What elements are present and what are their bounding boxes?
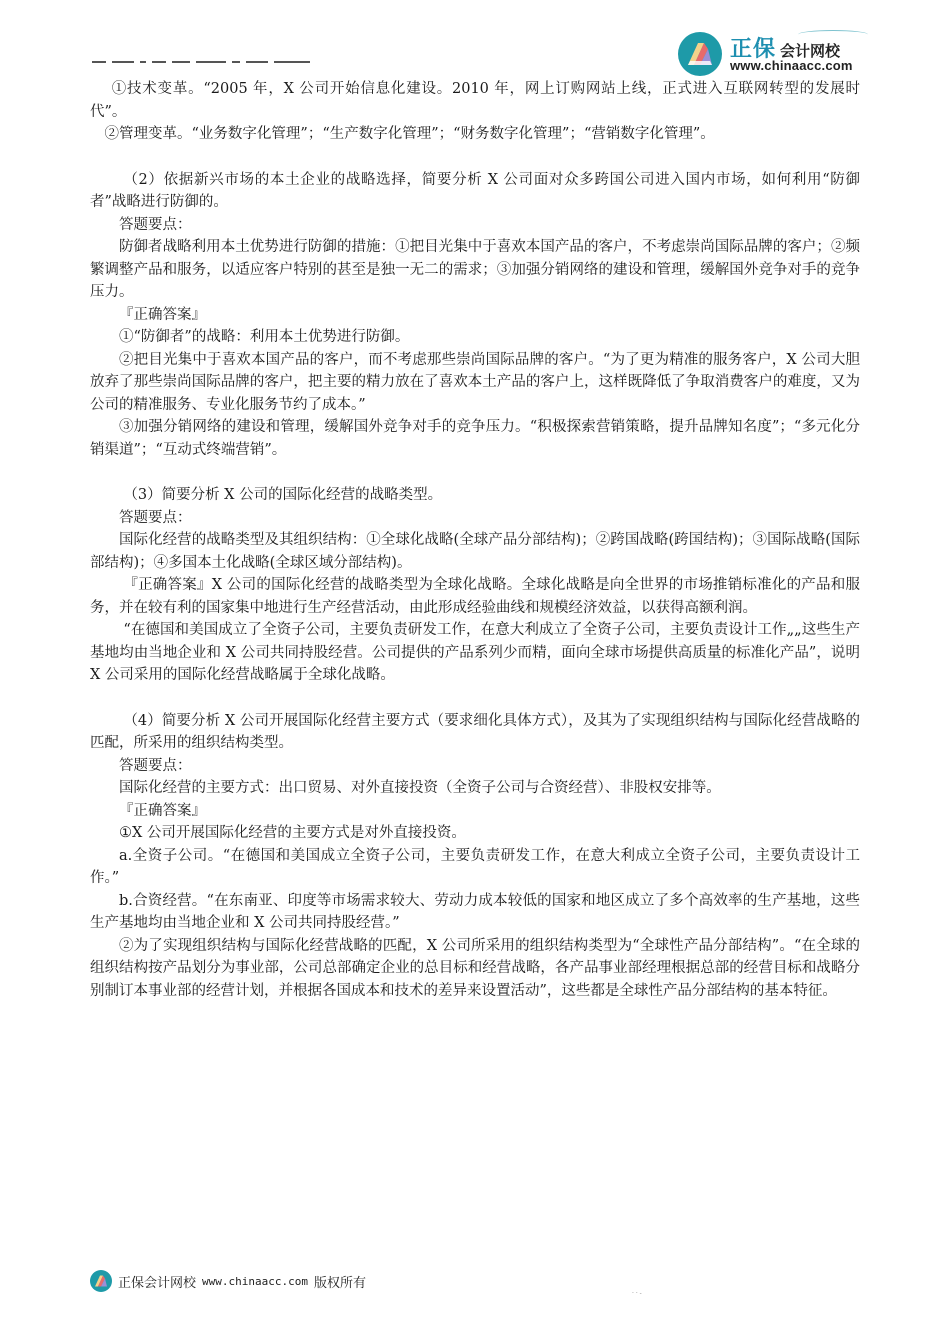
- logo-url: www.chinaacc.com: [730, 58, 853, 73]
- footer-url: www.chinaacc.com: [202, 1275, 308, 1288]
- page-footer: 正保会计网校 www.chinaacc.com 版权所有: [90, 1268, 366, 1294]
- document-body: ①技术变革。“2005 年，X 公司开始信息化建设。2010 年，网上订购网站上…: [90, 78, 860, 1002]
- q2-answer-3: ③加强分销网络的建设和管理，缓解国外竞争对手的竞争压力。“积极探索营销策略，提升…: [90, 416, 860, 461]
- q4-answer-label: 『正确答案』: [90, 800, 860, 823]
- q2-points: 防御者战略利用本土优势进行防御的措施：①把目光集中于喜欢本国产品的客户，不考虑崇…: [90, 236, 860, 304]
- chinaacc-logo: 正保会计网校 www.chinaacc.com: [678, 30, 868, 78]
- q2-points-label: 答题要点：: [90, 214, 860, 237]
- q4-points-label: 答题要点：: [90, 755, 860, 778]
- q4-points: 国际化经营的主要方式：出口贸易、对外直接投资（全资子公司与合资经营）、非股权安排…: [90, 777, 860, 800]
- paragraph-management-change: ②管理变革。“业务数字化管理”；“生产数字化管理”；“财务数字化管理”；“营销数…: [90, 123, 860, 146]
- q4-answer-a: a.全资子公司。“在德国和美国成立全资子公司，主要负责研发工作，在意大利成立全资…: [90, 845, 860, 890]
- q4-answer-b: b.合资经营。“在东南亚、印度等市场需求较大、劳动力成本较低的国家和地区成立了多…: [90, 890, 860, 935]
- q2-answer-2: ②把目光集中于喜欢本国产品的客户，而不考虑那些崇尚国际品牌的客户。“为了更为精准…: [90, 349, 860, 417]
- q2-answer-1: ①“防御者”的战略：利用本土优势进行防御。: [90, 326, 860, 349]
- q4-answer-2: ②为了实现组织结构与国际化经营战略的匹配，X 公司所采用的组织结构类型为“全球性…: [90, 935, 860, 1003]
- chinaacc-logo-icon: [678, 32, 722, 76]
- cropped-header-line: [92, 61, 322, 67]
- q4-answer-1: ①X 公司开展国际化经营的主要方式是对外直接投资。: [90, 822, 860, 845]
- q3-answer: 『正确答案』X 公司的国际化经营的战略类型为全球化战略。全球化战略是向全世界的市…: [90, 574, 860, 619]
- paragraph-tech-change: ①技术变革。“2005 年，X 公司开始信息化建设。2010 年，网上订购网站上…: [90, 78, 860, 123]
- q2-answer-label: 『正确答案』: [90, 304, 860, 327]
- q3-quote: “在德国和美国成立了全资子公司，主要负责研发工作，在意大利成立了全资子公司，主要…: [90, 619, 860, 687]
- question-4: （4）简要分析 X 公司开展国际化经营主要方式（要求细化具体方式），及其为了实现…: [90, 710, 860, 755]
- question-2: （2）依据新兴市场的本土企业的战略选择，简要分析 X 公司面对众多跨国公司进入国…: [90, 169, 860, 214]
- footer-rights: 版权所有: [314, 1272, 366, 1291]
- page-number-mark: · · -: [632, 1290, 642, 1297]
- question-3: （3）简要分析 X 公司的国际化经营的战略类型。: [90, 484, 860, 507]
- q3-points-label: 答题要点：: [90, 507, 860, 530]
- footer-logo-icon: [90, 1270, 112, 1292]
- q3-points: 国际化经营的战略类型及其组织结构：①全球化战略(全球产品分部结构)；②跨国战略(…: [90, 529, 860, 574]
- footer-brand: 正保会计网校: [118, 1272, 196, 1291]
